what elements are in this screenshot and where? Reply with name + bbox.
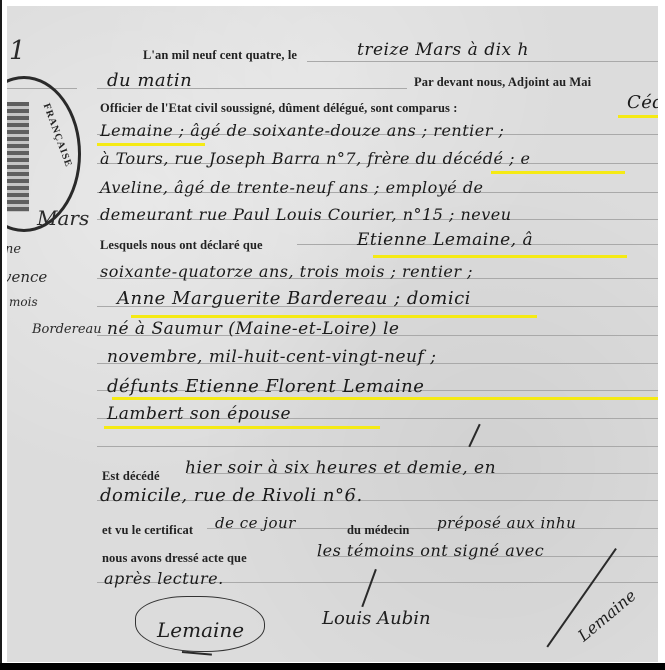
handwritten-line-16b: préposé aux inhu [437,516,576,531]
bottom-border [0,663,665,670]
printed-line-16b: du médecin [347,524,409,537]
margin-note: mois [9,295,38,309]
handwritten-line-15: domicile, rue de Rivoli n°6. [100,487,363,505]
highlight-lambert [104,426,380,429]
highlight-frere-du-decede [491,171,625,174]
printed-line-14: Est décédé [102,470,160,483]
highlight-lemaine [97,143,205,146]
highlight-anne-marguerite-bardereau [131,315,537,318]
handwritten-line-9: Anne Marguerite Bardereau ; domici [117,290,471,308]
handwritten-line-16a: de ce jour [215,516,296,531]
highlight-cedric [618,115,658,118]
handwritten-line-5: à Tours, rue Joseph Barra n°7, frère du … [100,151,531,167]
margin-note: ne [7,242,21,257]
handwritten-line-13: Lambert son épouse [107,406,291,423]
handwritten-line-14: hier soir à six heures et demie, en [185,460,496,477]
left-border [0,0,2,663]
printed-line-7: Lesquels nous ont déclaré que [100,239,263,252]
handwritten-line-6a: Aveline, âgé de trente-neuf ans ; employ… [100,180,484,196]
printed-line-17: nous avons dressé acte que [102,552,247,565]
handwritten-line-12: défunts Etienne Florent Lemaine [107,378,424,396]
document-page: FRANÇAISE 1 Mars ne vence mois Bordereau… [7,6,658,662]
margin-note: vence [7,268,47,286]
printed-line-2: Par devant nous, Adjoint au Mai [414,76,591,89]
highlight-etienne-lemaine [373,255,627,258]
seal-emblem [7,102,29,212]
signature-2: Louis Aubin [322,608,431,629]
handwritten-line-6b: demeurant rue Paul Louis Courier, n°15 ;… [100,207,512,223]
handwritten-line-17: les témoins ont signé avec [317,543,544,559]
printed-line-1: L'an mil neuf cent quatre, le [143,49,297,62]
margin-note-mars: Mars [37,206,89,230]
printed-line-16a: et vu le certificat [102,524,193,537]
margin-note-bordereau: Bordereau [32,322,102,337]
rule-line [307,61,658,62]
handwritten-line-4: Lemaine ; âgé de soixante-douze ans ; re… [100,123,504,139]
handwritten-line-3: Céd [627,94,658,112]
handwritten-line-18: après lecture. [104,571,224,587]
margin-top-mark: 1 [9,36,26,66]
signature-1: Lemaine [157,618,244,642]
handwritten-line-1: treize Mars à dix h [357,42,529,59]
rule-line [97,446,658,447]
note-stroke [468,424,480,447]
printed-line-3: Officier de l'Etat civil soussigné, dûme… [100,102,458,115]
handwritten-line-7: Etienne Lemaine, â [357,232,533,249]
handwritten-line-11: novembre, mil-huit-cent-vingt-neuf ; [107,349,436,366]
signature-stroke [361,569,376,607]
highlight-etienne-florent-lemaine [112,397,658,400]
handwritten-line-8: soixante-quatorze ans, trois mois ; rent… [100,264,473,280]
handwritten-line-10: né à Saumur (Maine-et-Loire) le [107,321,399,338]
handwritten-line-2: du matin [107,72,192,90]
